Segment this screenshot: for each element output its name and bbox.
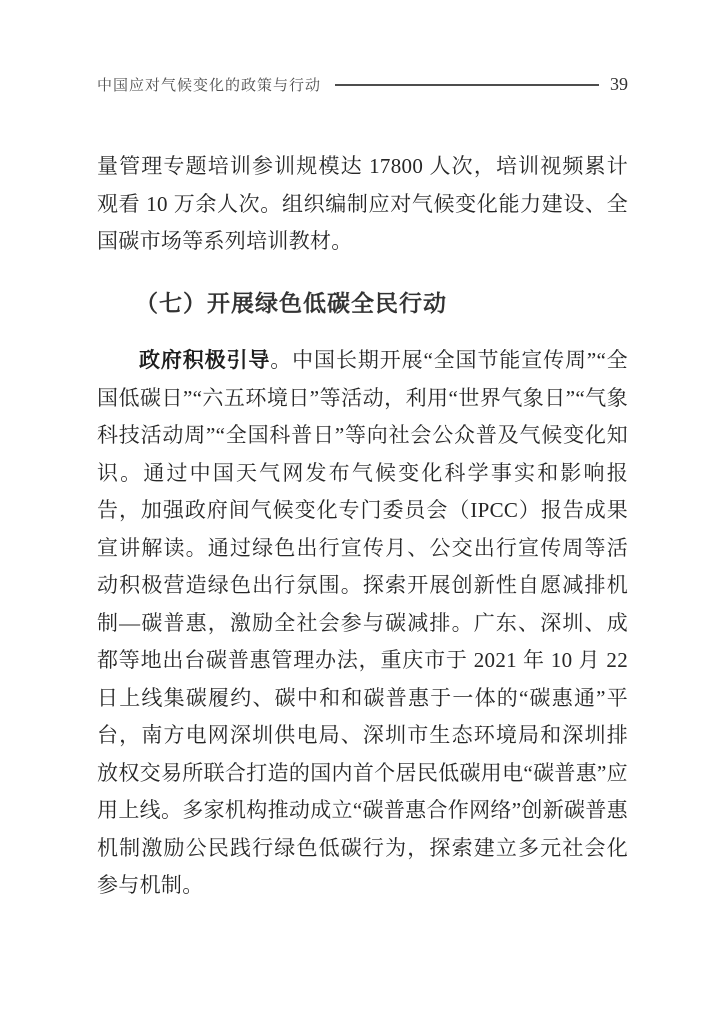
document-page: 中国应对气候变化的政策与行动 39 量管理专题培训参训规模达 17800 人次，… xyxy=(0,0,724,1023)
section-heading: （七）开展绿色低碳全民行动 xyxy=(97,285,628,318)
body-paragraph-continuation: 量管理专题培训参训规模达 17800 人次，培训视频累计观看 10 万余人次。组… xyxy=(97,148,628,261)
page-header: 中国应对气候变化的政策与行动 39 xyxy=(97,74,628,95)
header-rule-line xyxy=(335,84,599,86)
page-number: 39 xyxy=(610,74,628,95)
paragraph-body-text: 。中国长期开展“全国节能宣传周”“全国低碳日”“六五环境日”等活动，利用“世界气… xyxy=(97,348,628,897)
running-header-title: 中国应对气候变化的政策与行动 xyxy=(97,74,321,95)
paragraph-bold-lead: 政府积极引导 xyxy=(139,348,270,372)
body-paragraph-main: 政府积极引导。中国长期开展“全国节能宣传周”“全国低碳日”“六五环境日”等活动，… xyxy=(97,342,628,905)
